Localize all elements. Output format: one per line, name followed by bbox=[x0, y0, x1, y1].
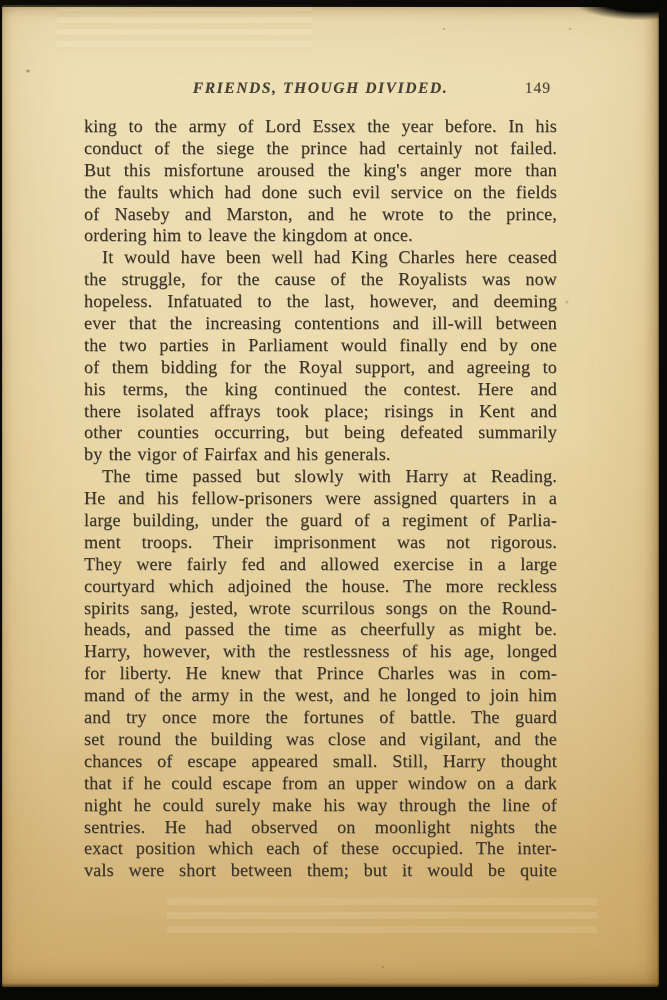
text-line: the two parties in Parliament would fina… bbox=[84, 335, 557, 357]
text-line: courtyard which adjoined the house. The … bbox=[84, 576, 557, 598]
text-line: of Naseby and Marston, and he wrote to t… bbox=[84, 204, 557, 226]
text-line: ever that the increasing contentions and… bbox=[84, 313, 557, 335]
scan-banding-artifact-bottom bbox=[167, 898, 597, 934]
running-title: FRIENDS, THOUGH DIVIDED. bbox=[84, 79, 557, 99]
text-line: of them bidding for the Royal support, a… bbox=[84, 357, 557, 379]
text-line: ordering him to leave the kingdom at onc… bbox=[84, 225, 557, 247]
text-line: chances of escape appeared small. Still,… bbox=[84, 751, 557, 773]
text-line: heads, and passed the time as cheerfully… bbox=[84, 619, 557, 641]
text-line: king to the army of Lord Essex the year … bbox=[84, 116, 557, 138]
page-header: FRIENDS, THOUGH DIVIDED. 149 bbox=[84, 79, 557, 101]
text-line: by the vigor of Fairfax and his generals… bbox=[84, 444, 557, 466]
text-line: his terms, the king continued the contes… bbox=[84, 379, 557, 401]
book-page: FRIENDS, THOUGH DIVIDED. 149 king to the… bbox=[2, 5, 659, 987]
text-line: the struggle, for the cause of the Royal… bbox=[84, 269, 557, 291]
text-line: that if he could escape from an upper wi… bbox=[84, 773, 557, 795]
text-block: king to the army of Lord Essex the year … bbox=[84, 116, 557, 882]
paragraph: king to the army of Lord Essex the year … bbox=[84, 116, 557, 247]
text-line: vals were short between them; but it wou… bbox=[84, 860, 557, 882]
scanned-page-photo: FRIENDS, THOUGH DIVIDED. 149 king to the… bbox=[0, 0, 667, 1000]
text-line: there isolated affrays took place; risin… bbox=[84, 401, 557, 423]
text-line: and try once more the fortunes of battle… bbox=[84, 707, 557, 729]
text-line: for liberty. He knew that Prince Charles… bbox=[84, 663, 557, 685]
text-line: spirits sang, jested, wrote scurrilous s… bbox=[84, 598, 557, 620]
text-line: the faults which had done such evil serv… bbox=[84, 182, 557, 204]
text-line: mand of the army in the west, and he lon… bbox=[84, 685, 557, 707]
text-line: It would have been well had King Charles… bbox=[84, 247, 557, 269]
text-line: conduct of the siege the prince had cert… bbox=[84, 138, 557, 160]
text-line: They were fairly fed and allowed exercis… bbox=[84, 554, 557, 576]
page-number: 149 bbox=[525, 79, 551, 99]
text-line: large building, under the guard of a reg… bbox=[84, 510, 557, 532]
text-line: exact position which each of these occup… bbox=[84, 838, 557, 860]
text-line: He and his fellow-prisoners were assigne… bbox=[84, 488, 557, 510]
text-line: other counties occurring, but being defe… bbox=[84, 422, 557, 444]
text-line: hopeless. Infatuated to the last, howeve… bbox=[84, 291, 557, 313]
paragraph: It would have been well had King Charles… bbox=[84, 247, 557, 466]
text-line: set round the building was close and vig… bbox=[84, 729, 557, 751]
text-line: But this misfortune aroused the king's a… bbox=[84, 160, 557, 182]
paragraph: The time passed but slowly with Harry at… bbox=[84, 466, 557, 882]
text-line: ment troops. Their imprisonment was not … bbox=[84, 532, 557, 554]
scan-banding-artifact-top bbox=[57, 5, 312, 51]
text-line: The time passed but slowly with Harry at… bbox=[84, 466, 557, 488]
text-line: night he could surely make his way throu… bbox=[84, 795, 557, 817]
text-line: Harry, however, with the restlessness of… bbox=[84, 641, 557, 663]
text-line: sentries. He had observed on moonlight n… bbox=[84, 817, 557, 839]
